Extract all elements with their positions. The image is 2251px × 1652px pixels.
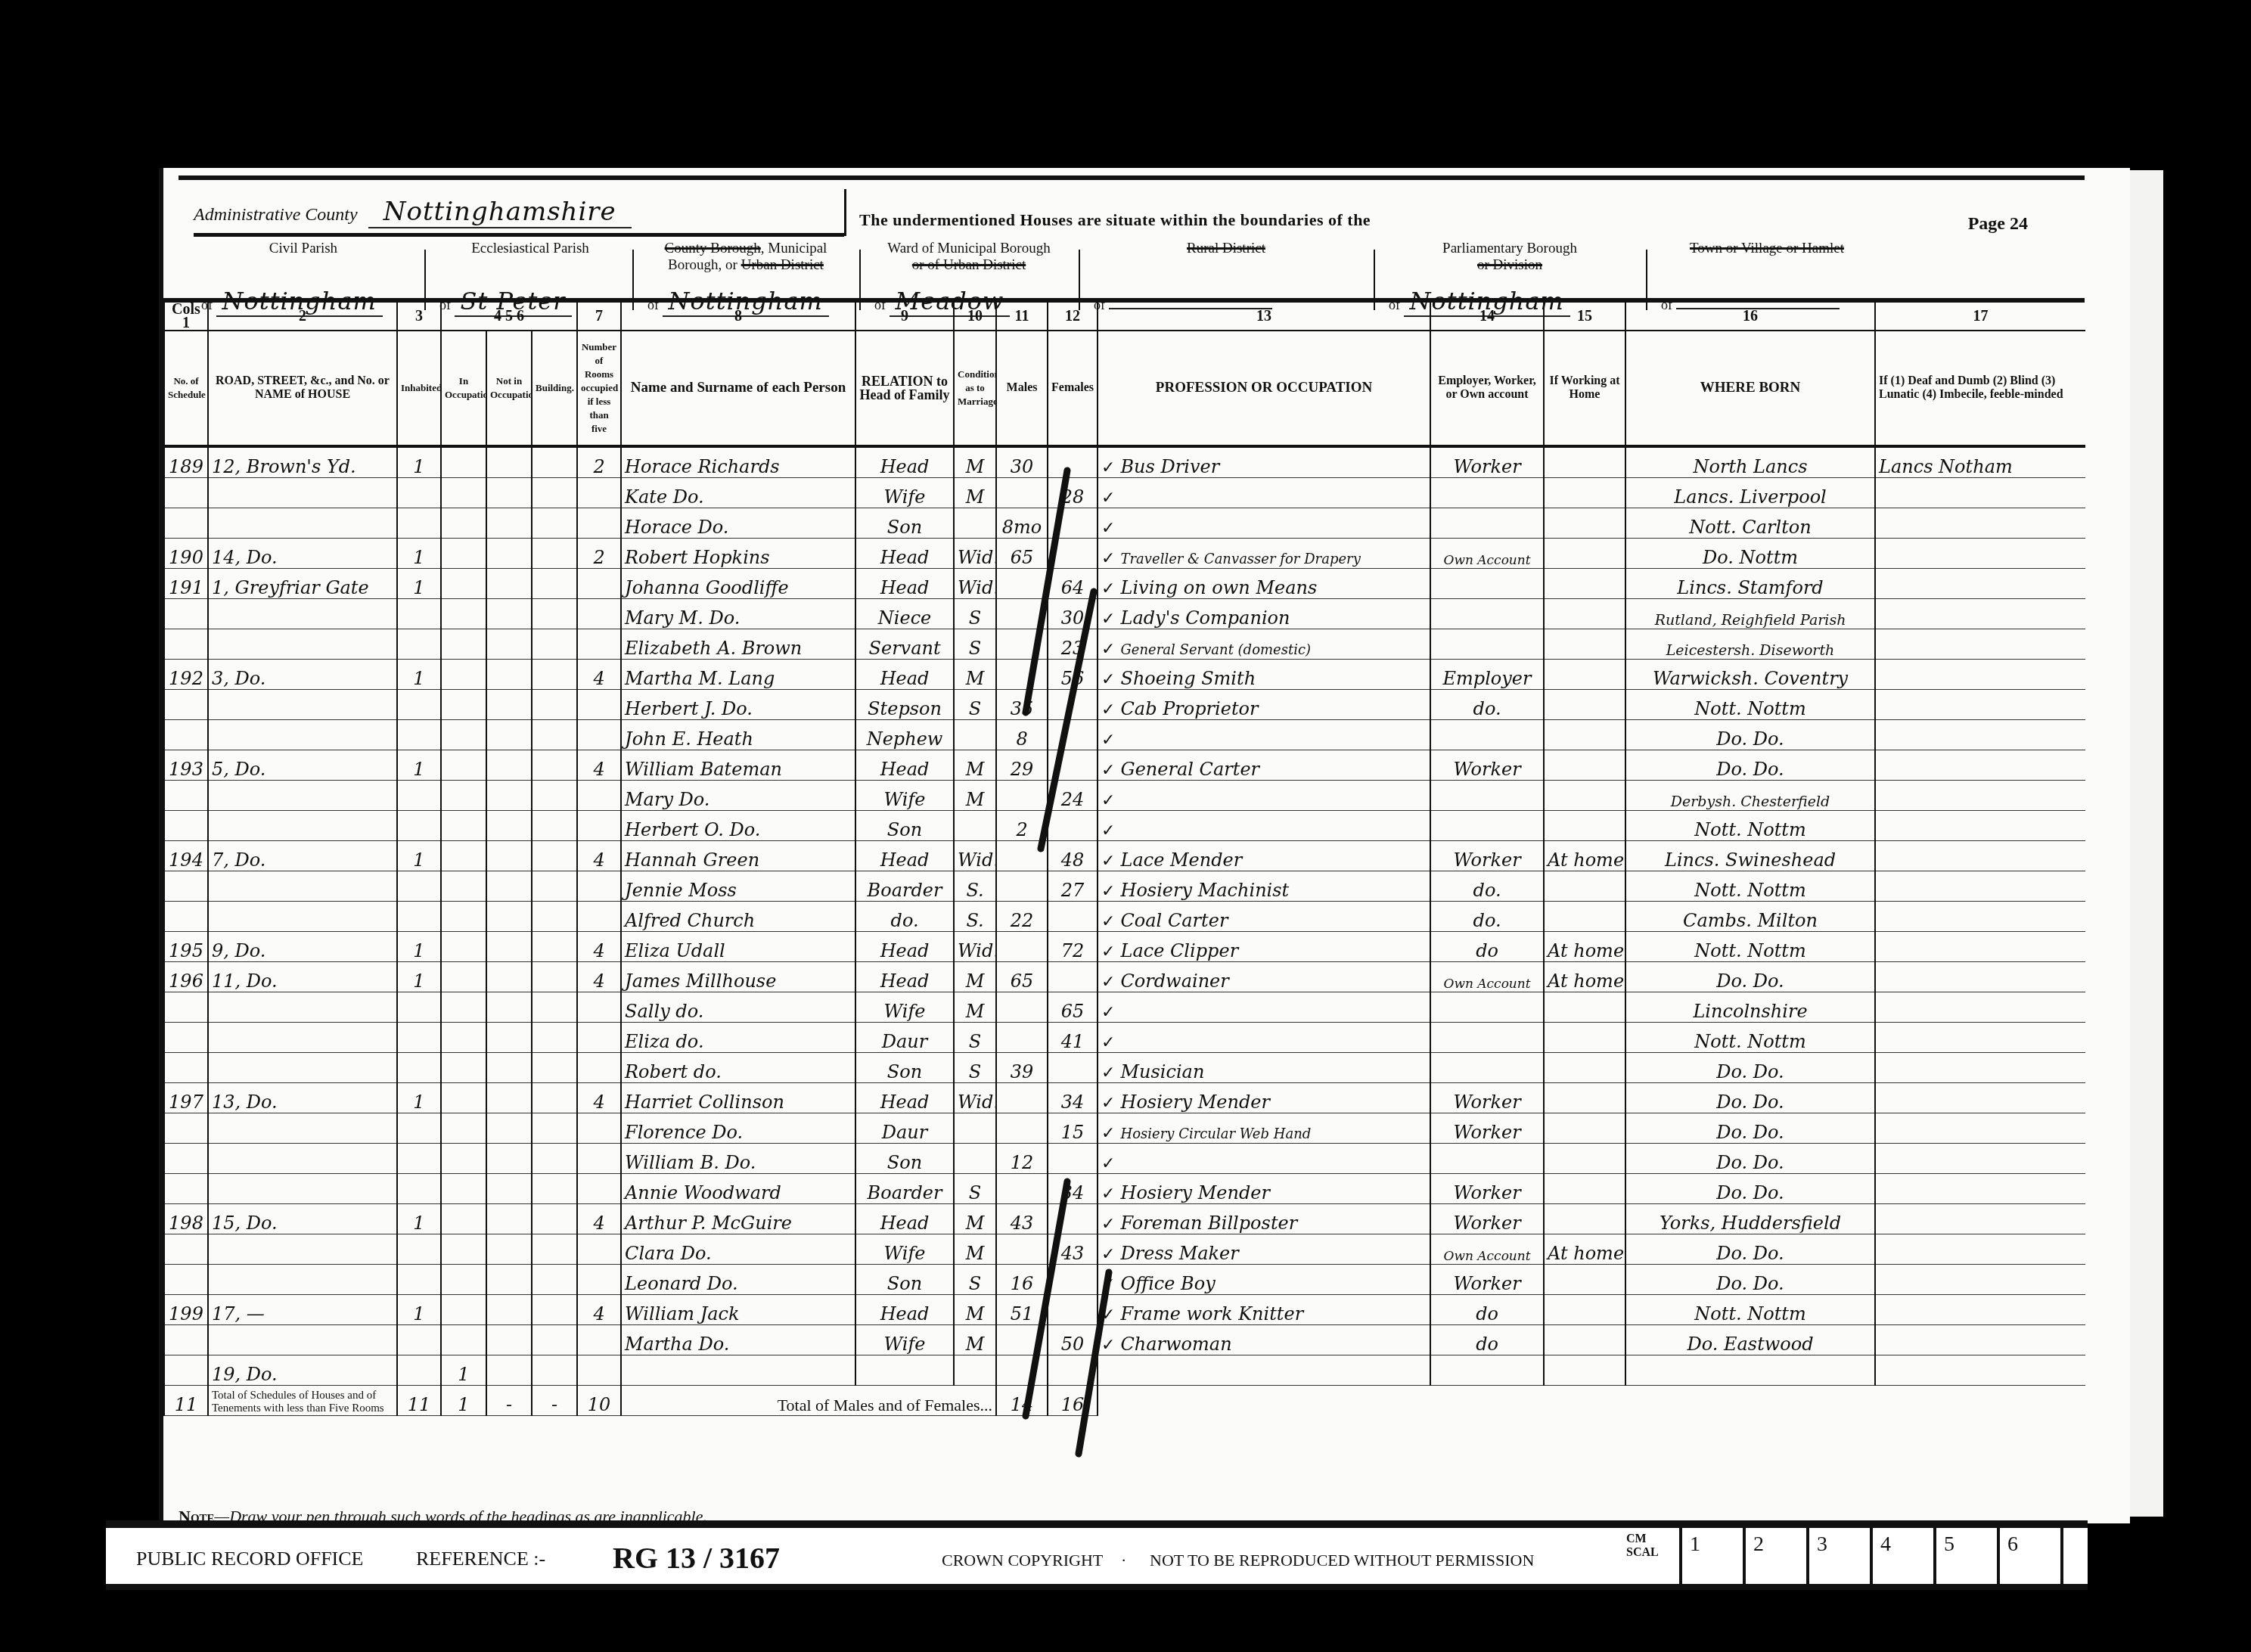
inhabited-cell xyxy=(397,1174,441,1204)
not-in-occupation-cell xyxy=(486,841,532,871)
person-name-cell: Martha M. Lang xyxy=(621,660,855,690)
birthplace-cell: Yorks, Huddersfield xyxy=(1625,1204,1875,1234)
working-at-home-cell xyxy=(1544,660,1625,690)
col-header-where-born: WHERE BORN xyxy=(1625,331,1875,446)
male-age-cell xyxy=(996,1113,1048,1144)
address-cell xyxy=(208,599,397,629)
building-cell xyxy=(532,1053,577,1083)
inhabited-cell xyxy=(397,629,441,660)
schedule-number-cell xyxy=(164,1355,208,1386)
in-occupation-cell xyxy=(441,720,486,750)
male-age-cell xyxy=(996,660,1048,690)
person-name-cell: Alfred Church xyxy=(621,902,855,932)
person-name-cell: Herbert J. Do. xyxy=(621,690,855,720)
employment-status-cell: do. xyxy=(1430,902,1544,932)
table-row: 19917, —14William JackHeadM51✓ Frame wor… xyxy=(164,1295,2085,1325)
not-in-occupation-cell xyxy=(486,629,532,660)
in-occupation-cell xyxy=(441,478,486,508)
col-number: Cols 1 xyxy=(164,303,208,331)
relation-cell: Head xyxy=(855,446,954,478)
rooms-cell: 2 xyxy=(577,446,621,478)
in-occupation-cell xyxy=(441,599,486,629)
table-row: Leonard Do.SonS16✓ Office BoyWorkerDo. D… xyxy=(164,1265,2085,1295)
scale-mark xyxy=(2060,1528,2177,1584)
employment-status-cell: Own Account xyxy=(1430,962,1544,992)
female-age-cell: 41 xyxy=(1048,1023,1098,1053)
birthplace-cell: Nott. Nottm xyxy=(1625,871,1875,902)
person-name-cell: Elizabeth A. Brown xyxy=(621,629,855,660)
relation-cell: do. xyxy=(855,902,954,932)
condition-cell: S xyxy=(954,629,996,660)
female-age-cell xyxy=(1048,446,1098,478)
occupation-cell: ✓ Living on own Means xyxy=(1098,569,1430,599)
schedule-number-cell: 196 xyxy=(164,962,208,992)
building-cell xyxy=(532,962,577,992)
condition-cell: M xyxy=(954,1234,996,1265)
building-cell xyxy=(532,508,577,539)
working-at-home-cell xyxy=(1544,599,1625,629)
relation-cell: Son xyxy=(855,1265,954,1295)
address-cell xyxy=(208,478,397,508)
tick-mark-icon: ✓ xyxy=(1101,1154,1115,1173)
condition-cell xyxy=(954,811,996,841)
in-occupation-cell xyxy=(441,1083,486,1113)
address-cell: 1, Greyfriar Gate xyxy=(208,569,397,599)
working-at-home-cell xyxy=(1544,1144,1625,1174)
female-age-cell xyxy=(1048,1355,1098,1386)
occupation-cell: ✓ xyxy=(1098,1023,1430,1053)
table-row: 19815, Do.14Arthur P. McGuireHeadM43✓ Fo… xyxy=(164,1204,2085,1234)
condition-cell: S xyxy=(954,1174,996,1204)
footer-permission: NOT TO BE REPRODUCED WITHOUT PERMISSION xyxy=(1150,1551,1534,1570)
not-in-occupation-cell xyxy=(486,1295,532,1325)
schedule-number-cell xyxy=(164,1234,208,1265)
occupation-cell: ✓ Hosiery Machinist xyxy=(1098,871,1430,902)
female-age-cell: 24 xyxy=(1048,781,1098,811)
rooms-cell xyxy=(577,1144,621,1174)
relation-cell: Head xyxy=(855,962,954,992)
address-cell: 15, Do. xyxy=(208,1204,397,1234)
tick-mark-icon: ✓ xyxy=(1101,519,1115,538)
table-row: Martha Do.WifeM50✓ CharwomandoDo. Eastwo… xyxy=(164,1325,2085,1355)
person-name-cell: James Millhouse xyxy=(621,962,855,992)
infirmity-cell xyxy=(1875,569,2085,599)
person-name-cell: Annie Woodward xyxy=(621,1174,855,1204)
occupation-cell: ✓ Shoeing Smith xyxy=(1098,660,1430,690)
not-in-occupation-cell xyxy=(486,902,532,932)
employment-status-cell: do xyxy=(1430,932,1544,962)
infirmity-cell xyxy=(1875,1204,2085,1234)
address-cell: 11, Do. xyxy=(208,962,397,992)
working-at-home-cell xyxy=(1544,750,1625,781)
person-name-cell: Horace Richards xyxy=(621,446,855,478)
condition-cell: S xyxy=(954,1053,996,1083)
male-age-cell: 30 xyxy=(996,446,1048,478)
person-name-cell: Clara Do. xyxy=(621,1234,855,1265)
address-cell: 5, Do. xyxy=(208,750,397,781)
table-row: 1947, Do.14Hannah GreenHeadWid.48✓ Lace … xyxy=(164,841,2085,871)
infirmity-cell xyxy=(1875,539,2085,569)
occupation-cell: ✓ Coal Carter xyxy=(1098,902,1430,932)
not-in-occupation-cell xyxy=(486,720,532,750)
employment-status-cell xyxy=(1430,781,1544,811)
building-cell xyxy=(532,1325,577,1355)
address-cell xyxy=(208,1174,397,1204)
working-at-home-cell xyxy=(1544,508,1625,539)
column-header-row: No. of Schedule ROAD, STREET, &c., and N… xyxy=(164,331,2085,446)
relation-cell: Servant xyxy=(855,629,954,660)
col-number: 13 xyxy=(1098,303,1430,331)
female-age-cell xyxy=(1048,1144,1098,1174)
address-cell xyxy=(208,720,397,750)
table-row: Kate Do.WifeM28✓ Lancs. Liverpool xyxy=(164,478,2085,508)
in-occupation-cell xyxy=(441,1113,486,1144)
infirmity-cell xyxy=(1875,871,2085,902)
employment-status-cell: do. xyxy=(1430,871,1544,902)
table-row: Herbert O. Do.Son2✓ Nott. Nottm xyxy=(164,811,2085,841)
building-cell xyxy=(532,1113,577,1144)
condition-cell xyxy=(954,1113,996,1144)
schedule-number-cell xyxy=(164,599,208,629)
sheet-header: Administrative County Nottinghamshire Th… xyxy=(179,175,2085,301)
working-at-home-cell xyxy=(1544,539,1625,569)
schedule-number-cell: 194 xyxy=(164,841,208,871)
rooms-cell: 4 xyxy=(577,750,621,781)
schedule-number-cell xyxy=(164,1174,208,1204)
person-name-cell: Mary Do. xyxy=(621,781,855,811)
condition-cell: Wid. xyxy=(954,1083,996,1113)
schedule-number-cell: 189 xyxy=(164,446,208,478)
col-header-employer: Employer, Worker, or Own account xyxy=(1430,331,1544,446)
relation-cell: Son xyxy=(855,1144,954,1174)
not-in-occupation-cell xyxy=(486,1355,532,1386)
building-cell xyxy=(532,1083,577,1113)
tick-mark-icon: ✓ xyxy=(1101,489,1115,508)
tick-mark-icon: ✓ xyxy=(1101,912,1120,931)
female-age-cell xyxy=(1048,750,1098,781)
address-cell xyxy=(208,1023,397,1053)
total-schedules: 11 xyxy=(164,1386,208,1416)
schedule-number-cell: 198 xyxy=(164,1204,208,1234)
in-occupation-cell xyxy=(441,539,486,569)
struck-label: Urban District xyxy=(741,257,824,273)
col-header-schedule: No. of Schedule xyxy=(164,331,208,446)
schedule-number-cell xyxy=(164,781,208,811)
relation-cell: Head xyxy=(855,1204,954,1234)
schedule-number-cell xyxy=(164,508,208,539)
col-header-road: ROAD, STREET, &c., and No. or NAME of HO… xyxy=(208,331,397,446)
in-occupation-cell xyxy=(441,446,486,478)
schedule-number-cell xyxy=(164,1053,208,1083)
in-occupation-cell xyxy=(441,1325,486,1355)
person-name-cell: William Jack xyxy=(621,1295,855,1325)
inhabited-cell: 1 xyxy=(397,539,441,569)
condition-cell: M xyxy=(954,660,996,690)
person-name-cell: Florence Do. xyxy=(621,1113,855,1144)
table-row: Robert do.SonS39✓ MusicianDo. Do. xyxy=(164,1053,2085,1083)
tick-mark-icon: ✓ xyxy=(1101,1275,1120,1294)
col-header-in-occupation: In Occupation. xyxy=(441,331,486,446)
scale-mark: 1 xyxy=(1679,1528,1743,1584)
tick-mark-icon: ✓ xyxy=(1101,549,1120,568)
address-cell xyxy=(208,629,397,660)
occupation-cell: ✓ Lace Clipper xyxy=(1098,932,1430,962)
working-at-home-cell xyxy=(1544,871,1625,902)
infirmity-cell xyxy=(1875,841,2085,871)
rooms-cell xyxy=(577,781,621,811)
not-in-occupation-cell xyxy=(486,992,532,1023)
table-row: Horace Do.Son8mo✓ Nott. Carlton xyxy=(164,508,2085,539)
female-age-cell: 50 xyxy=(1048,1325,1098,1355)
total-rooms: 10 xyxy=(577,1386,621,1416)
empty-cell xyxy=(1098,1386,2085,1416)
employment-status-cell xyxy=(1430,720,1544,750)
birthplace-cell: Lincs. Swineshead xyxy=(1625,841,1875,871)
table-row: 1911, Greyfriar Gate1Johanna GoodliffeHe… xyxy=(164,569,2085,599)
tick-mark-icon: ✓ xyxy=(1101,1336,1120,1355)
building-cell xyxy=(532,871,577,902)
page-edge xyxy=(2125,170,2163,1517)
scale-label: CM SCAL xyxy=(1626,1528,1679,1584)
schedule-number-cell xyxy=(164,992,208,1023)
working-at-home-cell xyxy=(1544,902,1625,932)
rooms-cell xyxy=(577,508,621,539)
working-at-home-cell xyxy=(1544,446,1625,478)
birthplace-cell: Do. Eastwood xyxy=(1625,1325,1875,1355)
relation-cell: Head xyxy=(855,539,954,569)
table-row: Annie WoodwardBoarderS34✓ Hosiery Mender… xyxy=(164,1174,2085,1204)
relation-cell: Head xyxy=(855,750,954,781)
col-header-at-home: If Working at Home xyxy=(1544,331,1625,446)
building-cell xyxy=(532,992,577,1023)
in-occupation-cell xyxy=(441,992,486,1023)
not-in-occupation-cell xyxy=(486,1325,532,1355)
tick-mark-icon: ✓ xyxy=(1101,700,1120,719)
rooms-cell: 4 xyxy=(577,841,621,871)
working-at-home-cell xyxy=(1544,629,1625,660)
condition-cell xyxy=(954,508,996,539)
rooms-cell xyxy=(577,992,621,1023)
col-number: 8 xyxy=(621,303,855,331)
rooms-cell xyxy=(577,811,621,841)
in-occupation-cell xyxy=(441,781,486,811)
footer-reference-label: REFERENCE :- xyxy=(416,1548,545,1570)
page-value: 24 xyxy=(2010,214,2028,234)
not-in-occupation-cell xyxy=(486,1053,532,1083)
male-age-cell xyxy=(996,1083,1048,1113)
working-at-home-cell: At home xyxy=(1544,1234,1625,1265)
occupation-cell: ✓ Dress Maker xyxy=(1098,1234,1430,1265)
male-age-cell xyxy=(996,1234,1048,1265)
occupation-cell: ✓ Lady's Companion xyxy=(1098,599,1430,629)
address-cell xyxy=(208,508,397,539)
condition-cell: M xyxy=(954,1295,996,1325)
inhabited-cell: 1 xyxy=(397,660,441,690)
total-not-in-occupation: - xyxy=(486,1386,532,1416)
tick-mark-icon: ✓ xyxy=(1101,458,1120,477)
building-cell xyxy=(532,750,577,781)
person-name-cell: Sally do. xyxy=(621,992,855,1023)
occupation-cell: ✓ Cordwainer xyxy=(1098,962,1430,992)
female-age-cell: 30 xyxy=(1048,599,1098,629)
total-building: - xyxy=(532,1386,577,1416)
birthplace-cell: Do. Nottm xyxy=(1625,539,1875,569)
not-in-occupation-cell xyxy=(486,932,532,962)
working-at-home-cell xyxy=(1544,781,1625,811)
col-header-name: Name and Surname of each Person xyxy=(621,331,855,446)
infirmity-cell xyxy=(1875,992,2085,1023)
eccl-parish-label: Ecclesiastical Parish xyxy=(432,241,629,257)
cm-scale: CM SCAL 1 2 3 4 5 6 xyxy=(1626,1528,2177,1584)
building-cell xyxy=(532,690,577,720)
employment-status-cell: Worker xyxy=(1430,1113,1544,1144)
not-in-occupation-cell xyxy=(486,569,532,599)
infirmity-cell xyxy=(1875,1083,2085,1113)
male-age-cell: 65 xyxy=(996,962,1048,992)
inhabited-cell: 1 xyxy=(397,962,441,992)
inhabited-cell: 1 xyxy=(397,569,441,599)
person-name-cell xyxy=(621,1355,855,1386)
scale-mark: 5 xyxy=(1933,1528,1997,1584)
address-cell: 3, Do. xyxy=(208,660,397,690)
address-cell: 19, Do. xyxy=(208,1355,397,1386)
in-occupation-cell xyxy=(441,811,486,841)
rooms-cell xyxy=(577,1265,621,1295)
occupation-cell: ✓ xyxy=(1098,1144,1430,1174)
male-age-cell xyxy=(996,1174,1048,1204)
employment-status-cell xyxy=(1430,569,1544,599)
birthplace-cell: Do. Do. xyxy=(1625,720,1875,750)
col-header-females: Females xyxy=(1048,331,1098,446)
schedule-number-cell xyxy=(164,1265,208,1295)
employment-status-cell: Own Account xyxy=(1430,539,1544,569)
table-row: John E. HeathNephew8✓ Do. Do. xyxy=(164,720,2085,750)
relation-cell: Son xyxy=(855,1053,954,1083)
administrative-county: Administrative County Nottinghamshire xyxy=(194,197,632,227)
person-name-cell: Arthur P. McGuire xyxy=(621,1204,855,1234)
male-age-cell: 8mo xyxy=(996,508,1048,539)
occupation-cell xyxy=(1098,1355,1430,1386)
schedule-number-cell: 192 xyxy=(164,660,208,690)
address-cell: 7, Do. xyxy=(208,841,397,871)
employment-status-cell xyxy=(1430,1023,1544,1053)
working-at-home-cell xyxy=(1544,690,1625,720)
condition-cell: S. xyxy=(954,871,996,902)
rooms-cell: 2 xyxy=(577,539,621,569)
tick-mark-icon: ✓ xyxy=(1101,640,1120,659)
admin-county-label: Administrative County xyxy=(194,205,358,225)
schedule-number-cell: 193 xyxy=(164,750,208,781)
working-at-home-cell xyxy=(1544,1325,1625,1355)
working-at-home-cell: At home xyxy=(1544,962,1625,992)
archive-footer: PUBLIC RECORD OFFICE REFERENCE :- RG 13 … xyxy=(106,1520,2088,1590)
infirmity-cell xyxy=(1875,508,2085,539)
male-age-cell: 51 xyxy=(996,1295,1048,1325)
tick-mark-icon: ✓ xyxy=(1101,761,1120,780)
rooms-cell xyxy=(577,569,621,599)
not-in-occupation-cell xyxy=(486,750,532,781)
col-number: 2 xyxy=(208,303,397,331)
rooms-cell xyxy=(577,1234,621,1265)
inhabited-cell xyxy=(397,1053,441,1083)
address-cell: 9, Do. xyxy=(208,932,397,962)
building-cell xyxy=(532,599,577,629)
col-header-occupation: PROFESSION OR OCCUPATION xyxy=(1098,331,1430,446)
tick-mark-icon: ✓ xyxy=(1101,731,1115,750)
col-header-rooms: Number of Rooms occupied if less than fi… xyxy=(577,331,621,446)
occupation-cell: ✓ Hosiery Circular Web Hand xyxy=(1098,1113,1430,1144)
male-age-cell xyxy=(996,1325,1048,1355)
in-occupation-cell xyxy=(441,1295,486,1325)
employment-status-cell xyxy=(1430,811,1544,841)
inhabited-cell xyxy=(397,1023,441,1053)
condition-cell xyxy=(954,1144,996,1174)
total-females: 16 xyxy=(1048,1386,1098,1416)
col-number: 10 xyxy=(954,303,996,331)
inhabited-cell: 1 xyxy=(397,1295,441,1325)
building-cell xyxy=(532,932,577,962)
table-row: Mary Do.WifeM24✓ Derbysh. Chesterfield xyxy=(164,781,2085,811)
birthplace-cell: Do. Do. xyxy=(1625,1144,1875,1174)
female-age-cell: 72 xyxy=(1048,932,1098,962)
rooms-cell: 4 xyxy=(577,660,621,690)
schedule-number-cell xyxy=(164,1113,208,1144)
birthplace-cell: Do. Do. xyxy=(1625,1174,1875,1204)
condition-cell: S. xyxy=(954,902,996,932)
condition-cell: S xyxy=(954,1023,996,1053)
male-age-cell: 39 xyxy=(996,1053,1048,1083)
infirmity-cell xyxy=(1875,1295,2085,1325)
working-at-home-cell xyxy=(1544,1355,1625,1386)
table-row: Elizabeth A. BrownServantS23✓ General Se… xyxy=(164,629,2085,660)
relation-cell: Wife xyxy=(855,1325,954,1355)
table-row: 1923, Do.14Martha M. LangHeadM56✓ Shoein… xyxy=(164,660,2085,690)
schedule-number-cell xyxy=(164,1144,208,1174)
in-occupation-cell xyxy=(441,902,486,932)
person-name-cell: Kate Do. xyxy=(621,478,855,508)
address-cell: 14, Do. xyxy=(208,539,397,569)
occupation-cell: ✓ Foreman Billposter xyxy=(1098,1204,1430,1234)
address-cell xyxy=(208,1234,397,1265)
working-at-home-cell xyxy=(1544,720,1625,750)
not-in-occupation-cell xyxy=(486,1204,532,1234)
employment-status-cell xyxy=(1430,599,1544,629)
tick-mark-icon: ✓ xyxy=(1101,1245,1120,1264)
address-cell: 13, Do. xyxy=(208,1083,397,1113)
inhabited-cell xyxy=(397,902,441,932)
footer-bullet: · xyxy=(1121,1551,1126,1570)
building-cell xyxy=(532,1265,577,1295)
infirmity-cell xyxy=(1875,599,2085,629)
condition-cell: M xyxy=(954,1325,996,1355)
in-occupation-cell xyxy=(441,1265,486,1295)
infirmity-cell xyxy=(1875,932,2085,962)
employment-status-cell: Worker xyxy=(1430,1083,1544,1113)
table-row: Sally do.WifeM65✓ Lincolnshire xyxy=(164,992,2085,1023)
person-name-cell: John E. Heath xyxy=(621,720,855,750)
working-at-home-cell xyxy=(1544,1265,1625,1295)
female-age-cell xyxy=(1048,962,1098,992)
rooms-cell xyxy=(577,599,621,629)
in-occupation-cell xyxy=(441,932,486,962)
person-name-cell: Robert Hopkins xyxy=(621,539,855,569)
col-number: 14 xyxy=(1430,303,1544,331)
in-occupation-cell xyxy=(441,660,486,690)
tick-mark-icon: ✓ xyxy=(1101,821,1115,840)
infirmity-cell xyxy=(1875,660,2085,690)
employment-status-cell: do. xyxy=(1430,690,1544,720)
tick-mark-icon: ✓ xyxy=(1101,1003,1115,1022)
